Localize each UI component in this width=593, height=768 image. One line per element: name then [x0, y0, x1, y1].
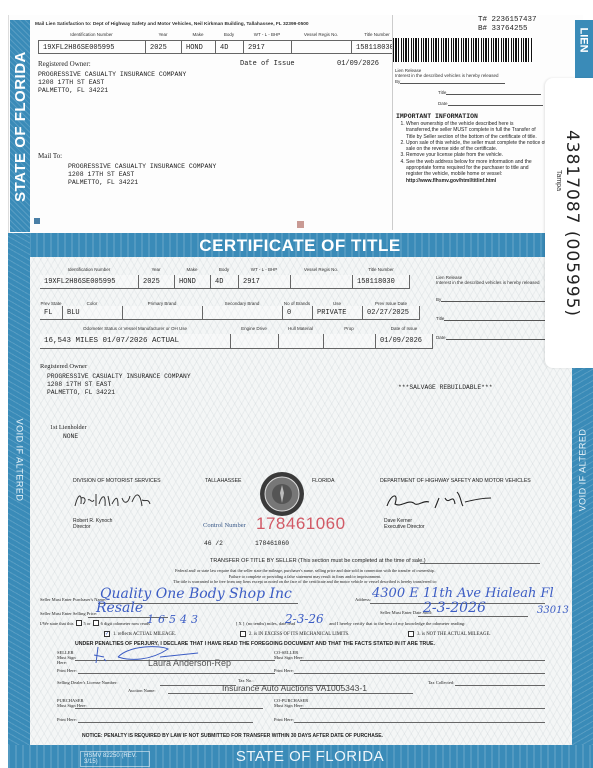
barcode — [393, 38, 533, 62]
purchaser-print-field[interactable] — [78, 722, 253, 723]
stub-marker — [34, 218, 40, 224]
copurchaser-print-field[interactable] — [294, 722, 545, 723]
mileage-option-2[interactable]: 2. is IN EXCESS OF ITS MECHANICAL LIMITS… — [240, 631, 349, 637]
auction-name-label: Auction Name: — [128, 688, 156, 693]
mileage-option-2-checkbox[interactable] — [240, 631, 246, 637]
selling-price-label: Seller Must Enter Selling Price: — [40, 611, 97, 616]
stub-title-field[interactable] — [446, 90, 541, 95]
important-url[interactable]: http://www.flhsmv.gov/html/titlinf.html — [396, 178, 546, 184]
lienholder-value: NONE — [63, 433, 78, 440]
cert-by-field[interactable] — [441, 297, 546, 302]
lien-band-text: LIEN — [578, 27, 590, 52]
address-label: Address: — [355, 597, 371, 602]
mileage-option-1-checkbox[interactable]: ✓ — [104, 631, 110, 637]
transfer-heading: TRANSFER OF TITLE BY SELLER (This sectio… — [210, 558, 426, 564]
footer-state: STATE OF FLORIDA — [200, 748, 420, 765]
cert-title-number: 158118030 — [352, 275, 410, 289]
b-number: B# 33764255 — [478, 25, 537, 34]
five-digit-checkbox[interactable] — [76, 620, 82, 626]
control-number-small: 178461060 — [255, 540, 289, 547]
year-value: 2025 — [146, 41, 182, 53]
mail-to-address: PROGRESSIVE CASUALTY INSURANCE COMPANY 1… — [68, 163, 216, 187]
lienholder-label: 1st Lienholder — [50, 424, 87, 431]
col-id-label: Identification Number — [38, 32, 145, 40]
stub-owner-address: PROGRESSIVE CASUALTY INSURANCE COMPANY 1… — [38, 71, 186, 95]
cert-owner-address: PROGRESSIVE CASUALTY INSURANCE COMPANY 1… — [47, 373, 191, 397]
director-signature — [72, 490, 152, 512]
make-value: HOND — [182, 41, 216, 53]
certificate-title: CERTIFICATE OF TITLE — [180, 236, 420, 256]
date-of-issue-label: Date of Issue — [240, 60, 295, 68]
coseller-print-label: Print Here: — [274, 668, 294, 673]
cert-prev-state: FL — [40, 306, 62, 320]
cert-odometer: 16,543 MILES 01/07/2026 ACTUAL — [40, 334, 230, 349]
important-information: IMPORTANT INFORMATION When ownership of … — [396, 113, 546, 184]
cert-vehicle-row-3: Odometer Status or Vessel Manufacturer o… — [40, 326, 435, 349]
copurchaser-sign-label: CO-PURCHASER Must Sign Here: — [274, 698, 314, 708]
stub-side-band-text: STATE OF FLORIDA — [12, 51, 29, 202]
executive-director-name-block: Dave Kerner Executive Director — [384, 519, 425, 530]
control-number-label: Control Number — [203, 522, 246, 529]
stub-marker-red — [297, 221, 304, 228]
cert-date-of-issue: 01/09/2026 — [375, 334, 433, 349]
cert-date-field[interactable] — [446, 335, 551, 340]
cert-primary-brand — [122, 306, 202, 320]
florida-seal-icon — [259, 471, 305, 517]
department-label: DEPARTMENT OF HIGHWAY SAFETY AND MOTOR V… — [380, 478, 531, 484]
vessel-value — [292, 41, 352, 53]
cert-title-field[interactable] — [444, 316, 549, 321]
void-if-altered-right: VOID IF ALTERED — [578, 429, 588, 512]
cert-no-of-brands: 0 — [282, 306, 312, 320]
registered-owner-label: Registered Owner: — [38, 60, 91, 68]
wt-value: 2917 — [244, 41, 292, 53]
cert-color: BLU — [62, 306, 122, 320]
seller-print-label: Print Here: — [57, 668, 77, 673]
mileage-option-1[interactable]: ✓ 1. reflects ACTUAL MILEAGE. — [104, 631, 176, 637]
coseller-signature-field[interactable] — [300, 660, 545, 661]
t-number: T# 2236157437 — [478, 16, 537, 25]
seller-sign-label: SELLER Must Sign Here: — [57, 650, 79, 665]
coseller-sign-label: CO-SELLER Must Sign Here: — [274, 650, 304, 660]
cert-vehicle-row-2: Prev State Color Primary Brand Secondary… — [40, 294, 435, 320]
sticker-number: 43817087 (005995) — [563, 129, 583, 316]
mail-to-label: Mail To: — [38, 152, 62, 160]
cert-vin: 19XFL2H86SE005995 — [40, 275, 138, 289]
stub-vehicle-table: Identification Number Year Make Body WT … — [38, 32, 413, 54]
tax-collected-field[interactable] — [455, 685, 545, 686]
purchaser-sign-label: PURCHASER Must Sign Here: — [57, 698, 89, 708]
copurchaser-print-label: Print Here: — [274, 717, 294, 722]
purchaser-signature-field[interactable] — [75, 708, 263, 709]
cert-year: 2025 — [138, 275, 174, 289]
purchaser-print-label: Print Here: — [57, 717, 77, 722]
date-sold-input[interactable]: 2-3-2026 — [423, 600, 486, 616]
mileage-option-3[interactable]: 3. is NOT THE ACTUAL MILEAGE. — [408, 631, 491, 637]
director-name-block: Robert R. Kynoch Director — [73, 519, 112, 530]
penalty-notice: NOTICE: PENALTY IS REQUIRED BY LAW IF NO… — [82, 733, 383, 739]
col-make-label: Make — [181, 32, 215, 40]
cert-vehicle-row-1: Identification Number Year Make Body WT … — [40, 267, 435, 289]
brand-note: ***SALVAGE REBUILDABLE*** — [398, 384, 492, 391]
cert-secondary-brand — [202, 306, 282, 320]
cert-prev-issue-date: 02/27/2025 — [362, 306, 420, 320]
body-value: 4D — [216, 41, 244, 53]
seller-print-input[interactable]: Laura Anderson-Rep — [148, 658, 231, 668]
col-wt-label: WT - L - BHP — [243, 32, 291, 40]
coseller-print-field[interactable] — [294, 673, 545, 674]
selling-price-input[interactable]: Resale — [96, 600, 143, 616]
cert-hull-material — [278, 334, 323, 349]
state-label: FLORIDA — [312, 478, 334, 484]
stub-date-field[interactable] — [448, 101, 543, 106]
transfer-divider — [420, 563, 540, 564]
cert-wt: 2917 — [238, 275, 290, 289]
cert-engine-drive — [230, 334, 278, 349]
stub-by-field[interactable] — [400, 79, 505, 84]
cert-use: PRIVATE — [312, 306, 362, 320]
cert-body: 4D — [210, 275, 238, 289]
cert-registered-owner-label: Registered Owner — [40, 363, 87, 370]
tracking-numbers: T# 2236157437 B# 33764255 — [478, 16, 537, 34]
cert-vessel — [290, 275, 352, 289]
col-year-label: Year — [145, 32, 181, 40]
date-read-input[interactable]: 2-3-26 — [285, 612, 324, 626]
division-label: DIVISION OF MOTORIST SERVICES — [73, 478, 161, 484]
odometer-reading-input[interactable]: 16543 — [147, 613, 202, 626]
sticker-city: Tampa — [556, 169, 563, 190]
address-input[interactable]: 4300 E 11th Ave Hialeah Fl — [372, 586, 554, 601]
tax-collected-label: Tax Collected: — [428, 680, 454, 685]
col-vessel-label: Vessel Regis No. — [291, 32, 351, 40]
transfer-legal: Federal and/ or state law require that t… — [70, 568, 540, 585]
vin-value: 19XFL2H86SE005995 — [39, 41, 146, 53]
control-number: 178461060 — [256, 514, 346, 534]
cert-make: HOND — [174, 275, 210, 289]
copurchaser-signature-field[interactable] — [300, 708, 545, 709]
six-digit-checkbox[interactable] — [93, 620, 99, 626]
auction-name-input[interactable]: Insurance Auto Auctions VA1005343-1 — [222, 683, 367, 693]
dealer-license-label: Selling Dealer's License Number: — [57, 680, 118, 685]
cert-prop — [323, 334, 375, 349]
odometer-statement: I/We state that this 5 or 6 digit odomet… — [40, 620, 465, 626]
city-label: TALLAHASSEE — [205, 478, 242, 484]
executive-director-signature — [383, 488, 493, 514]
zip-input[interactable]: 33013 — [537, 605, 569, 616]
mileage-option-3-checkbox[interactable] — [408, 631, 414, 637]
mail-header: Mail Lien Satisfaction to: Dept of Highw… — [35, 22, 395, 27]
form-code: 46 /2 — [204, 540, 223, 547]
date-of-issue-value: 01/09/2026 — [337, 60, 379, 68]
col-body-label: Body — [215, 32, 243, 40]
form-number: HSMV 82250 (REV. 3/15) — [80, 751, 150, 767]
void-if-altered-left: VOID IF ALTERED — [14, 419, 24, 502]
